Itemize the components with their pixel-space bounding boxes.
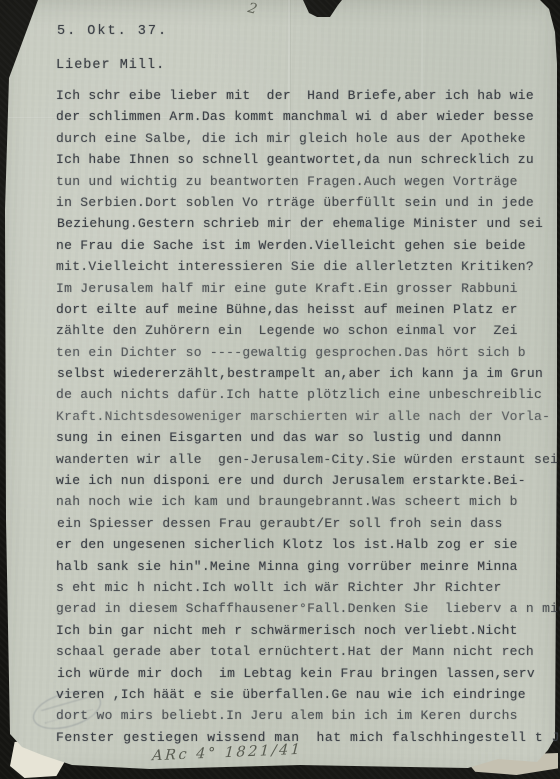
letter-line: vieren ,Ich häät e sie überfallen.Ge nau… xyxy=(56,684,558,705)
letter-line: wanderten wir alle gen-Jerusalem-City.Si… xyxy=(56,449,558,470)
letter-line: tun und wichtig zu beantworten Fragen.Au… xyxy=(56,171,558,192)
letter-line: halb sank sie hin".Meine Minna ging vorr… xyxy=(56,556,558,577)
letter-line: ein Spiesser dessen Frau geraubt/Er soll… xyxy=(57,513,559,534)
letter-salutation: Lieber Mill. xyxy=(56,58,165,73)
letter-line: Ich bin gar nicht meh r schwärmerisch no… xyxy=(56,620,558,641)
letter-line: s eht mic h nicht.Ich wollt ich wär Rich… xyxy=(56,577,558,598)
scanned-letter: 2 5. Okt. 37. Lieber Mill. Ich schr eibe… xyxy=(0,0,560,779)
letter-line: Ich schr eibe lieber mit der Hand Briefe… xyxy=(56,85,558,106)
letter-line: dort wo mirs beliebt.In Jeru alem bin ic… xyxy=(56,705,558,726)
letter-line: sung in einen Eisgarten und das war so l… xyxy=(56,427,558,448)
letter-line: Im Jerusalem half mir eine gute Kraft.Ei… xyxy=(56,278,558,299)
letter-line: Fenster gestiegen wissend man hat mich f… xyxy=(56,727,558,748)
letter-line: zählte den Zuhörern ein Legende wo schon… xyxy=(56,320,558,341)
letter-line: der schlimmen Arm.Das kommt manchmal wi … xyxy=(56,106,558,127)
letter-line: dort eilte auf meine Bühne,das heisst au… xyxy=(56,299,558,320)
letter-line: Kraft.Nichtsdesoweniger marschierten wir… xyxy=(56,406,558,427)
letter-line: Beziehung.Gestern schrieb mir der ehemal… xyxy=(57,213,559,234)
letter-line: wie ich nun disponi ere und durch Jerusa… xyxy=(56,470,558,491)
letter-line: er den ungesenen sicherlich Klotz los is… xyxy=(56,534,558,555)
letter-line: selbst wiedererzählt,bestrampelt an,aber… xyxy=(57,363,559,384)
letter-line: gerad in diesem Schaffhausener°Fall.Denk… xyxy=(56,598,558,619)
letter-date: 5. Okt. 37. xyxy=(57,24,168,39)
letter-line: Ich habe Ihnen so schnell geantwortet,da… xyxy=(56,149,558,170)
letter-line: durch eine Salbe, die ich mir gleich hol… xyxy=(56,128,558,149)
letter-line: schaal gerade aber total ernüchtert.Hat … xyxy=(56,641,558,662)
letter-body: Ich schr eibe lieber mit der Hand Briefe… xyxy=(56,85,558,748)
letter-line: in Serbien.Dort soblen Vo rträge überfül… xyxy=(56,192,558,213)
letter-line: nah noch wie ich kam und braungebrannt.W… xyxy=(56,491,558,512)
letter-line: ten ein Dichter so ----gewaltig gesproch… xyxy=(56,342,558,363)
letter-line: ich würde mir doch im Lebtag kein Frau b… xyxy=(57,663,559,684)
letter-line: de auch nichts dafür.Ich hatte plötzlich… xyxy=(56,384,558,405)
letter-line: ne Frau die Sache ist im Werden.Vielleic… xyxy=(56,235,558,256)
letter-line: mit.Vielleicht interessieren Sie die all… xyxy=(56,256,558,277)
